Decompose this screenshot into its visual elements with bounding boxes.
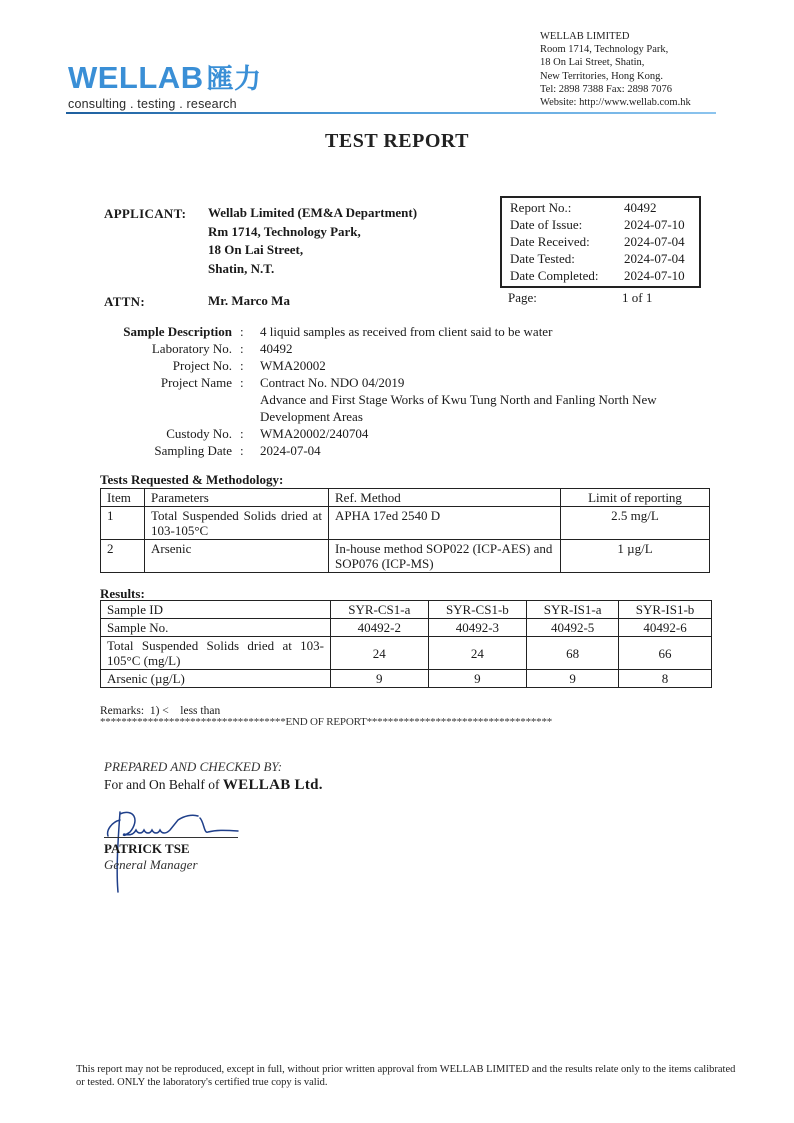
- company-line: WELLAB LIMITED: [540, 30, 691, 43]
- applicant-line: Shatin, N.T.: [208, 260, 417, 279]
- cell-item: 2: [101, 540, 145, 573]
- table-header-row: Item Parameters Ref. Method Limit of rep…: [101, 489, 710, 507]
- cell-value: 9: [527, 670, 619, 688]
- cell-parameter: Total Suspended Solids dried at 103-105°…: [145, 507, 329, 540]
- attn-value: Mr. Marco Ma: [208, 293, 290, 309]
- column-header: Parameters: [145, 489, 329, 507]
- company-line: Tel: 2898 7388 Fax: 2898 7076: [540, 83, 691, 96]
- info-label: Date of Issue:: [510, 217, 582, 233]
- logo-wordmark: WELLAB匯力: [68, 62, 262, 95]
- detail-separator: :: [240, 358, 244, 374]
- applicant-line: 18 On Lai Street,: [208, 241, 417, 260]
- logo-text: WELLAB: [68, 60, 204, 95]
- behalf-prefix: For and On Behalf of: [104, 777, 223, 792]
- cell-item: 1: [101, 507, 145, 540]
- detail-value: Contract No. NDO 04/2019: [260, 375, 404, 391]
- info-value: 2024-07-04: [624, 251, 685, 267]
- table-row: 1 Total Suspended Solids dried at 103-10…: [101, 507, 710, 540]
- company-address-block: WELLAB LIMITED Room 1714, Technology Par…: [540, 30, 691, 109]
- page-value: 1 of 1: [622, 290, 652, 306]
- cell-method: APHA 17ed 2540 D: [329, 507, 561, 540]
- applicant-address: Wellab Limited (EM&A Department) Rm 1714…: [208, 204, 417, 278]
- company-line: New Territories, Hong Kong.: [540, 70, 691, 83]
- company-logo: WELLAB匯力 consulting . testing . research: [68, 62, 262, 111]
- detail-separator: :: [240, 341, 244, 357]
- column-header: Item: [101, 489, 145, 507]
- page-title: TEST REPORT: [0, 130, 794, 153]
- info-label: Report No.:: [510, 200, 571, 216]
- row-label: Sample ID: [101, 601, 331, 619]
- cell-value: SYR-CS1-b: [428, 601, 527, 619]
- attn-label: ATTN:: [104, 294, 145, 310]
- applicant-line: Wellab Limited (EM&A Department): [208, 204, 417, 223]
- detail-value: 40492: [260, 341, 293, 357]
- table-row: Total Suspended Solids dried at 103-105°…: [101, 637, 712, 670]
- cell-value: SYR-CS1-a: [331, 601, 429, 619]
- column-header: Ref. Method: [329, 489, 561, 507]
- detail-value: Advance and First Stage Works of Kwu Tun…: [260, 392, 657, 408]
- cell-limit: 2.5 mg/L: [561, 507, 710, 540]
- signer-name: PATRICK TSE: [104, 841, 190, 857]
- report-info-box: Report No.: 40492 Date of Issue: 2024-07…: [500, 196, 701, 288]
- table-row: Arsenic (µg/L) 9 9 9 8: [101, 670, 712, 688]
- cell-value: SYR-IS1-b: [619, 601, 712, 619]
- signature-line: [104, 837, 238, 838]
- info-value: 2024-07-10: [624, 268, 685, 284]
- company-line: 18 On Lai Street, Shatin,: [540, 56, 691, 69]
- applicant-label: APPLICANT:: [104, 206, 186, 222]
- detail-label: Project Name: [100, 375, 232, 391]
- detail-label: Sampling Date: [100, 443, 232, 459]
- info-value: 2024-07-10: [624, 217, 685, 233]
- info-value: 2024-07-04: [624, 234, 685, 250]
- header-divider: [66, 112, 716, 114]
- info-label: Date Completed:: [510, 268, 598, 284]
- cell-value: 68: [527, 637, 619, 670]
- info-label: Date Tested:: [510, 251, 575, 267]
- row-label: Sample No.: [101, 619, 331, 637]
- table-row: Sample No. 40492-2 40492-3 40492-5 40492…: [101, 619, 712, 637]
- page-label: Page:: [508, 290, 537, 306]
- detail-label: Sample Description: [100, 324, 232, 340]
- detail-value: 2024-07-04: [260, 443, 321, 459]
- info-value: 40492: [624, 200, 657, 216]
- methods-table: Item Parameters Ref. Method Limit of rep…: [100, 488, 710, 573]
- detail-separator: :: [240, 324, 244, 340]
- column-header: Limit of reporting: [561, 489, 710, 507]
- logo-cjk: 匯力: [207, 64, 262, 95]
- table-row: 2 Arsenic In-house method SOP022 (ICP-AE…: [101, 540, 710, 573]
- cell-value: 9: [331, 670, 429, 688]
- detail-label: Laboratory No.: [100, 341, 232, 357]
- cell-value: 8: [619, 670, 712, 688]
- detail-value: Development Areas: [260, 409, 363, 425]
- detail-value: WMA20002: [260, 358, 326, 374]
- cell-limit: 1 µg/L: [561, 540, 710, 573]
- cell-value: 24: [428, 637, 527, 670]
- detail-separator: :: [240, 375, 244, 391]
- detail-value: 4 liquid samples as received from client…: [260, 324, 552, 340]
- cell-value: 40492-3: [428, 619, 527, 637]
- row-label: Arsenic (µg/L): [101, 670, 331, 688]
- detail-separator: :: [240, 426, 244, 442]
- company-line: Room 1714, Technology Park,: [540, 43, 691, 56]
- on-behalf-line: For and On Behalf of WELLAB Ltd.: [104, 777, 323, 794]
- prepared-by-label: PREPARED AND CHECKED BY:: [104, 759, 282, 775]
- detail-label: Custody No.: [100, 426, 232, 442]
- info-label: Date Received:: [510, 234, 590, 250]
- end-of-report: ***********************************END O…: [100, 716, 552, 728]
- company-line: Website: http://www.wellab.com.hk: [540, 96, 691, 109]
- results-table: Sample ID SYR-CS1-a SYR-CS1-b SYR-IS1-a …: [100, 600, 712, 688]
- cell-value: 40492-2: [331, 619, 429, 637]
- cell-value: 66: [619, 637, 712, 670]
- signer-title: General Manager: [104, 857, 198, 873]
- detail-separator: :: [240, 443, 244, 459]
- detail-label: Project No.: [100, 358, 232, 374]
- cell-value: 40492-6: [619, 619, 712, 637]
- cell-value: 40492-5: [527, 619, 619, 637]
- logo-tagline: consulting . testing . research: [68, 97, 262, 111]
- row-label: Total Suspended Solids dried at 103-105°…: [101, 637, 331, 670]
- cell-value: 9: [428, 670, 527, 688]
- cell-parameter: Arsenic: [145, 540, 329, 573]
- cell-method: In-house method SOP022 (ICP-AES) and SOP…: [329, 540, 561, 573]
- disclaimer: This report may not be reproduced, excep…: [76, 1063, 736, 1089]
- detail-value: WMA20002/240704: [260, 426, 368, 442]
- cell-value: 24: [331, 637, 429, 670]
- cell-value: SYR-IS1-a: [527, 601, 619, 619]
- methods-heading: Tests Requested & Methodology:: [100, 472, 283, 488]
- applicant-line: Rm 1714, Technology Park,: [208, 223, 417, 242]
- table-row: Sample ID SYR-CS1-a SYR-CS1-b SYR-IS1-a …: [101, 601, 712, 619]
- behalf-company: WELLAB Ltd.: [223, 777, 323, 793]
